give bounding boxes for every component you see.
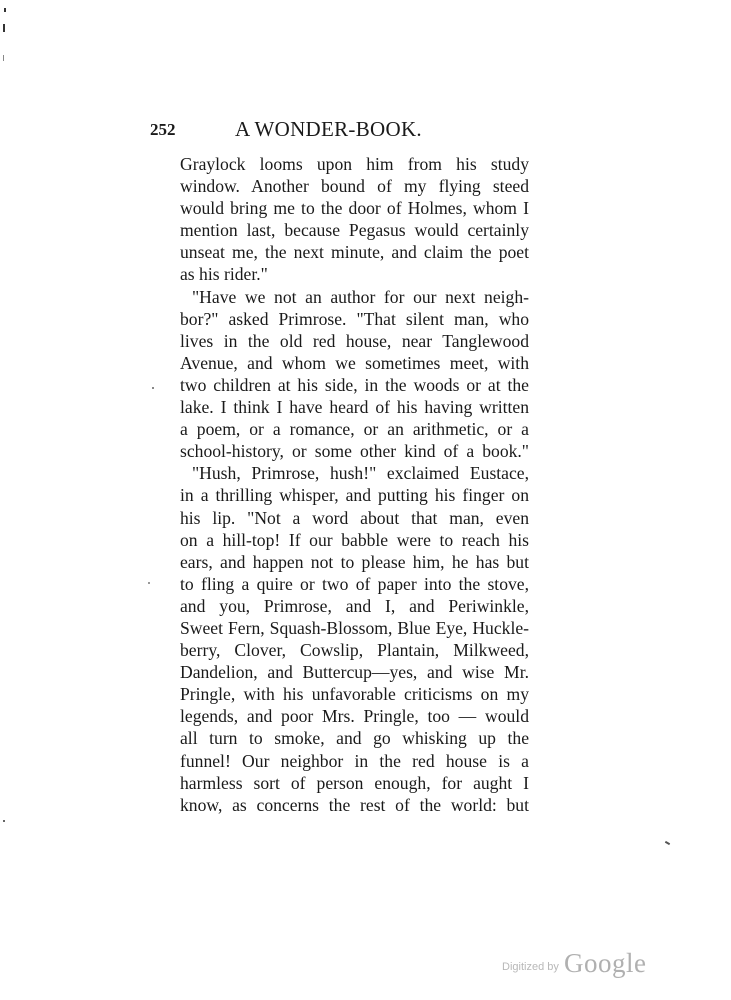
text-line: all turn to smoke, and go whisking up th… <box>180 727 529 749</box>
text-line: would bring me to the door of Holmes, wh… <box>180 197 529 219</box>
text-line: Avenue, and whom we sometimes meet, with <box>180 352 529 374</box>
text-line: "Have we not an author for our next neig… <box>180 286 529 308</box>
text-line: Dandelion, and Buttercup—yes, and wise M… <box>180 661 529 683</box>
text-line: a poem, or a romance, or an arithmetic, … <box>180 418 529 440</box>
scan-artifact <box>3 24 5 32</box>
text-line: window. Another bound of my flying steed <box>180 175 529 197</box>
text-line: unseat me, the next minute, and claim th… <box>180 241 529 263</box>
text-line: legends, and poor Mrs. Pringle, too — wo… <box>180 705 529 727</box>
text-line: lake. I think I have heard of his having… <box>180 396 529 418</box>
page-header: 252 A WONDER-BOOK. <box>150 120 530 146</box>
text-line: "Hush, Primrose, hush!" exclaimed Eustac… <box>180 462 529 484</box>
text-line: lives in the old red house, near Tanglew… <box>180 330 529 352</box>
text-line: ears, and happen not to please him, he h… <box>180 551 529 573</box>
text-line: Sweet Fern, Squash-Blossom, Blue Eye, Hu… <box>180 617 529 639</box>
text-line: mention last, because Pegasus would cert… <box>180 219 529 241</box>
text-line: bor?" asked Primrose. "That silent man, … <box>180 308 529 330</box>
scan-artifact <box>3 55 4 61</box>
running-title: A WONDER-BOOK. <box>235 117 422 142</box>
google-logo-text: Google <box>564 948 646 978</box>
text-line: as his rider." <box>180 263 529 285</box>
text-line: to fling a quire or two of paper into th… <box>180 573 529 595</box>
watermark-prefix: Digitized by <box>502 961 559 973</box>
text-line: and you, Primrose, and I, and Periwinkle… <box>180 595 529 617</box>
text-line: harmless sort of person enough, for augh… <box>180 772 529 794</box>
text-line: berry, Clover, Cowslip, Plantain, Milkwe… <box>180 639 529 661</box>
book-page: 252 A WONDER-BOOK. Graylock looms upon h… <box>0 0 731 1000</box>
text-line: in a thrilling whisper, and putting his … <box>180 484 529 506</box>
body-text: Graylock looms upon him from his studywi… <box>180 153 529 816</box>
scan-artifact <box>3 820 5 822</box>
text-line: two children at his side, in the woods o… <box>180 374 529 396</box>
text-line: on a hill-top! If our babble were to rea… <box>180 529 529 551</box>
page-number: 252 <box>150 120 176 140</box>
scan-artifact <box>665 841 670 845</box>
scan-artifact <box>152 387 154 389</box>
text-line: his lip. "Not a word about that man, eve… <box>180 507 529 529</box>
digitized-by-watermark: Digitized by Google <box>502 948 646 979</box>
text-line: Pringle, with his unfavorable criticisms… <box>180 683 529 705</box>
text-line: funnel! Our neighbor in the red house is… <box>180 750 529 772</box>
text-line: know, as concerns the rest of the world:… <box>180 794 529 816</box>
scan-artifact <box>148 582 150 584</box>
scan-artifact <box>4 8 6 12</box>
text-line: Graylock looms upon him from his study <box>180 153 529 175</box>
text-line: school-history, or some other kind of a … <box>180 440 529 462</box>
